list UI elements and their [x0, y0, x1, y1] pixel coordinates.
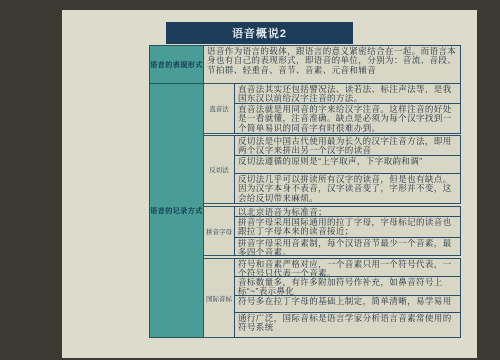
branch-node-recording[interactable]: 语音的记录方式: [149, 83, 204, 338]
node-fanqiefa-row[interactable]: 反切法遵循的原则是“上字取声，下字取韵和调”: [234, 155, 461, 174]
node-guojiyinbiao-row[interactable]: 符号和音素严格对应，一个音素只用一个符号代表，一个符号只代表一个音素。: [234, 258, 461, 277]
group-label-guojiyinbiao[interactable]: 国际音标: [203, 258, 235, 338]
node-zhiyinfa-row[interactable]: 直音法其实还包括譬况法、读若法、标注声法等，是我国东汉以前给汉字注音的方法。: [234, 83, 461, 104]
node-fanqiefa-row[interactable]: 反切法是中国古代使用最为长久的汉字注音方法，即用两个汉字来拼出另一个汉字的读音: [234, 135, 461, 156]
group-label-pinyinzimu[interactable]: 拼音字母: [203, 206, 235, 256]
mindmap-canvas: 语音概说2 语音的表现形式 语音的记录方式 语音作为语言的载体，跟语言的意义紧密…: [62, 10, 477, 358]
node-guojiyinbiao-row[interactable]: 通行广泛，国际音标是语言学家分析语言音素常使用的符号系统: [234, 312, 461, 338]
app-background: { "root": { "title": "语音概说2" }, "branche…: [0, 0, 500, 360]
node-guojiyinbiao-row[interactable]: 音标数量多，有许多附加符号作补充，如鼻音符号上标“~”表示鼻化: [234, 276, 461, 296]
group-label-zhiyinfa[interactable]: 直音法: [203, 83, 235, 134]
branch-node-expression[interactable]: 语音的表现形式: [149, 45, 204, 84]
group-label-fanqiefa[interactable]: 反切法: [203, 135, 235, 204]
node-pinyinzimu-row[interactable]: 拼音字母采用国际通用的拉丁字母，字母标记的读音也跟拉丁字母本来的读音接近；: [234, 216, 461, 238]
node-zhiyinfa-row[interactable]: 直音法就是用同音的字来给汉字注音。这样注音的好处是一看就懂，注音准确。缺点是必须…: [234, 103, 461, 134]
node-pinyinzimu-row[interactable]: 拼音字母采用音素制，每个汉语音节最少一个音素，最多四个音素。: [234, 237, 461, 256]
node-expression-detail[interactable]: 语音作为语言的载体，跟语言的意义紧密结合在一起。而语言本身也有自己的表现形式，即…: [203, 45, 461, 84]
root-node-title[interactable]: 语音概说2: [166, 22, 353, 44]
node-guojiyinbiao-row[interactable]: 符号多在拉丁字母的基础上制定，简单清晰，易学易用: [234, 295, 461, 313]
node-fanqiefa-row[interactable]: 反切法几乎可以拼读所有汉字的读音，但是也有缺点。因为汉字本身不表音，汉字读音变了…: [234, 173, 461, 204]
